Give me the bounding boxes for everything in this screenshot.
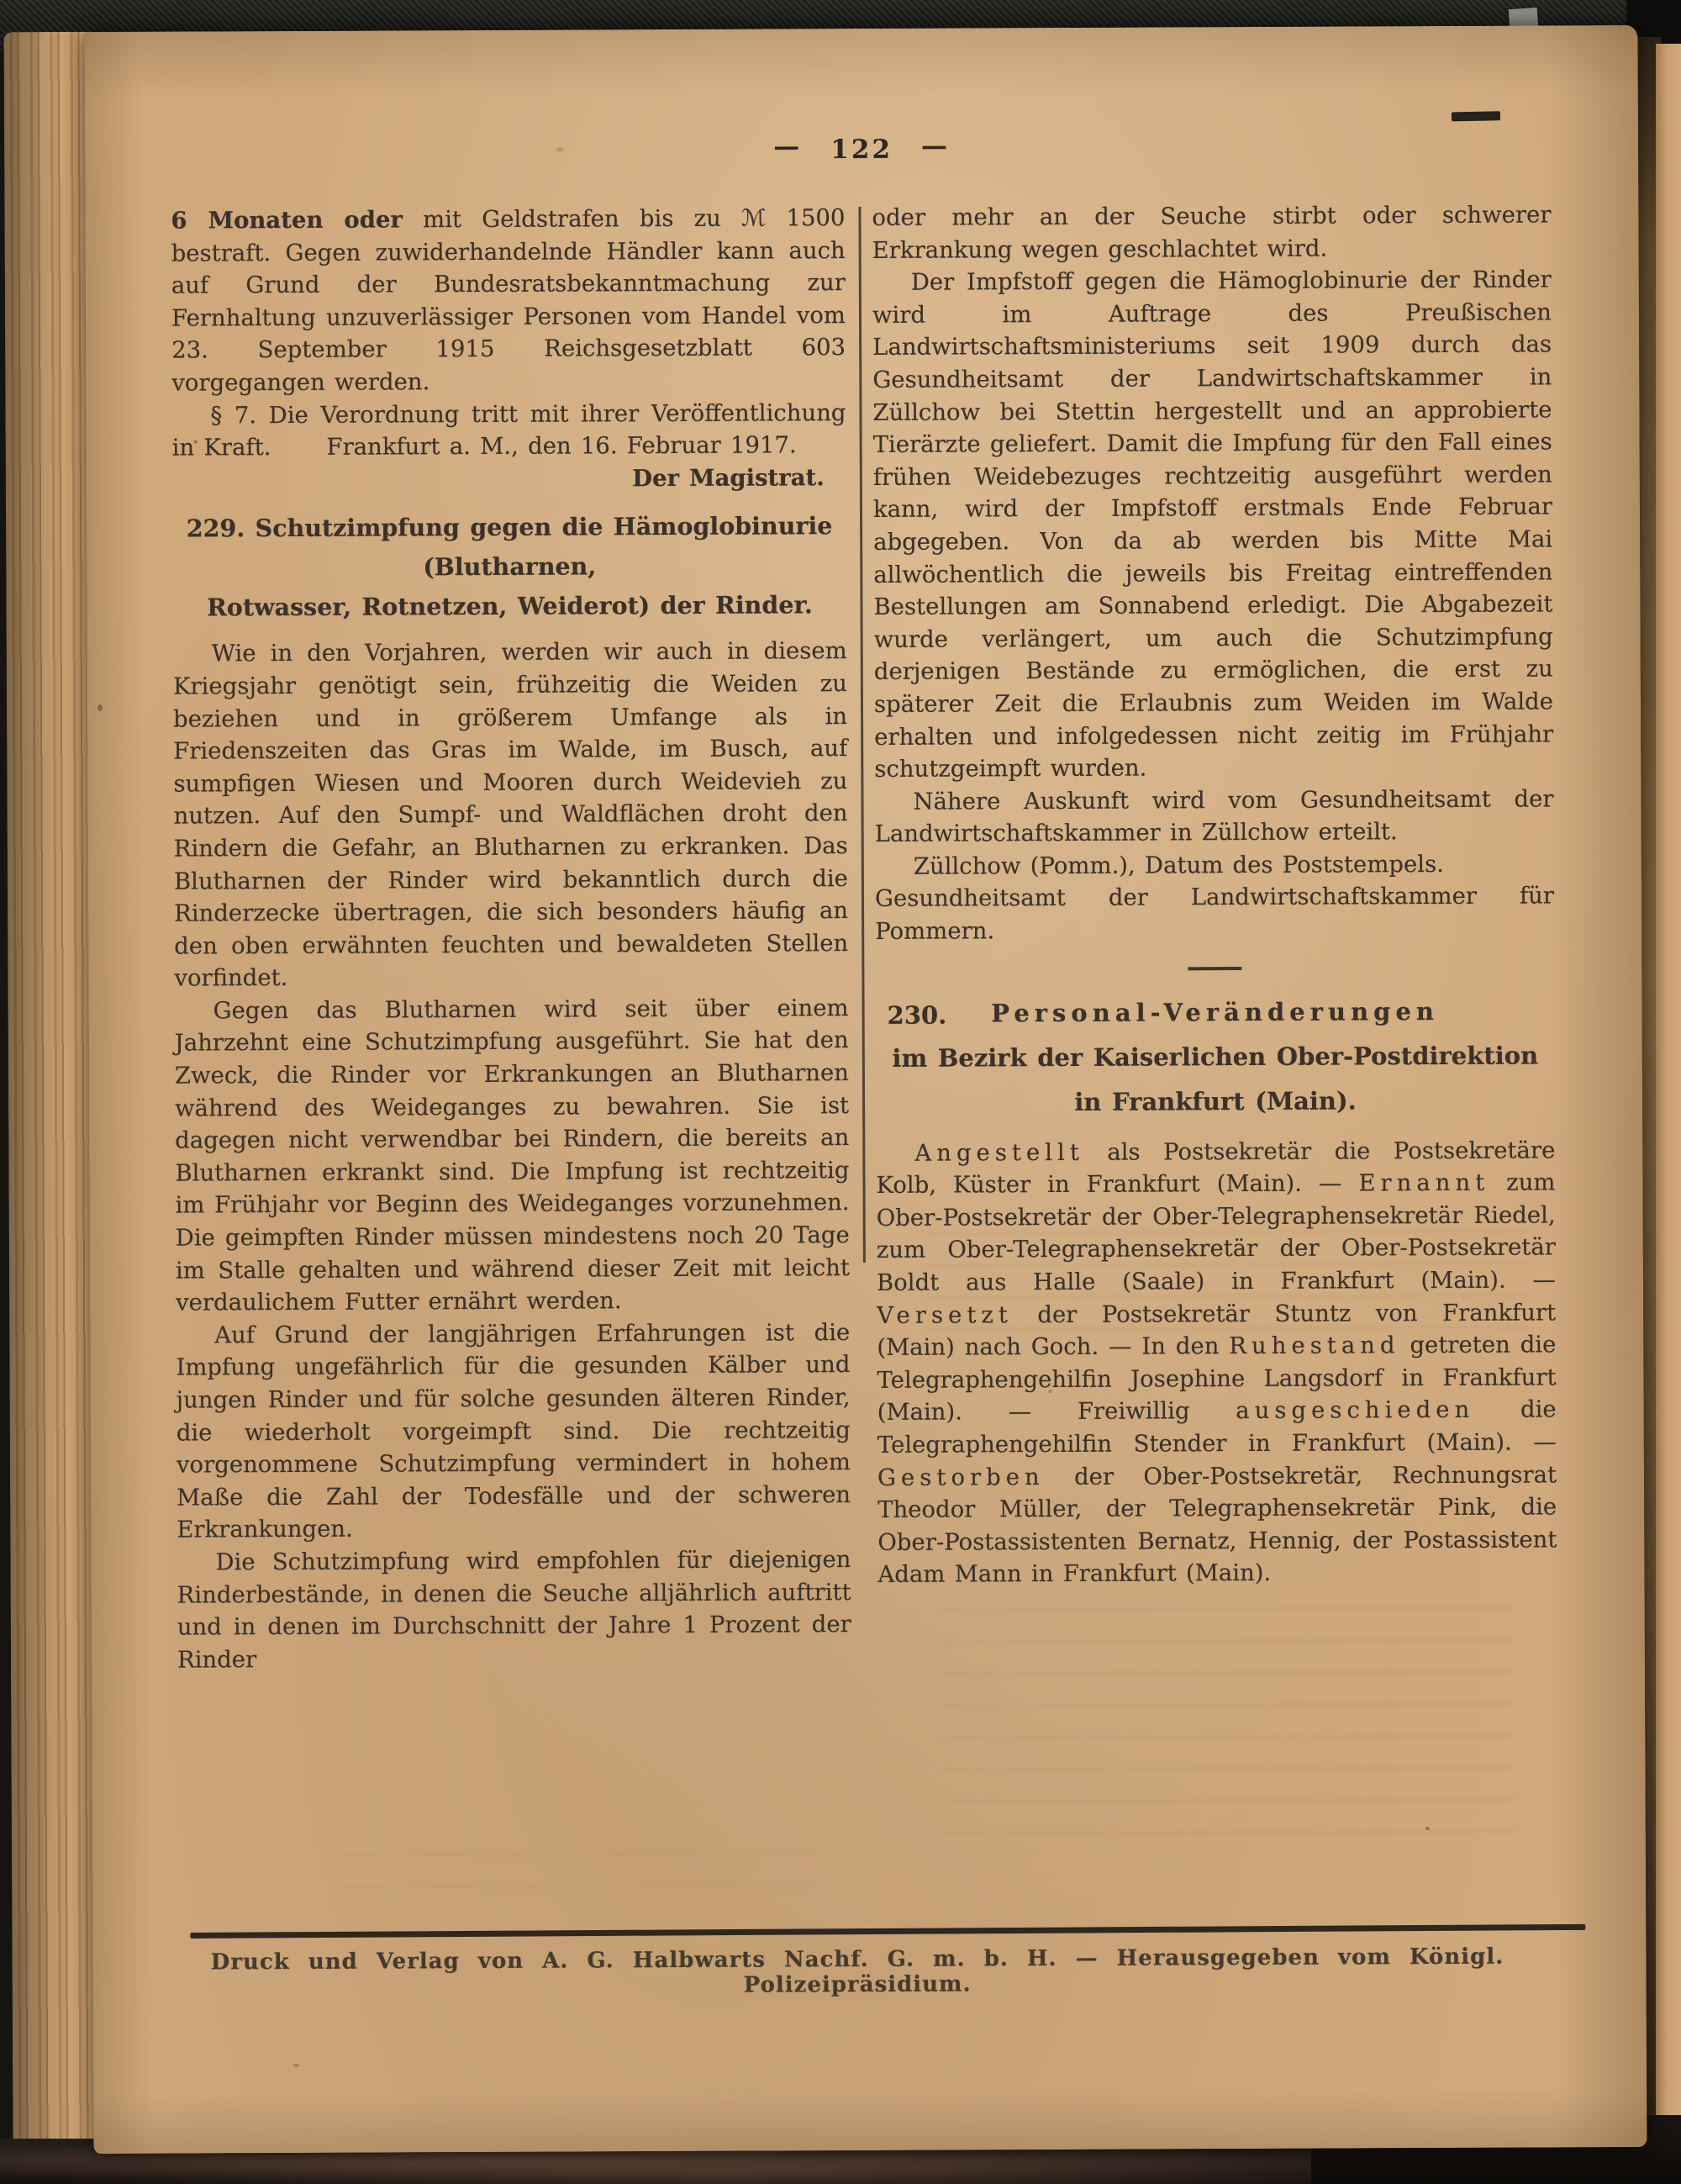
footer-imprint: Druck und Verlag von A. G. Halbwarts Nac… <box>195 1944 1519 2001</box>
heading-line: im Bezirk der Kaiserlichen Ober-Postdire… <box>876 1033 1555 1081</box>
text-segment: Gesundheitsamt der Landwirtschaftskammer… <box>875 883 1554 945</box>
ink-bleedthrough <box>217 1345 839 1438</box>
ink-mark <box>1452 111 1500 121</box>
document-page: —122— 6 Monaten oder mit Geldstrafen bis… <box>85 25 1647 2154</box>
paragraph: Züllchow (Pomm.), Datum des Poststempels… <box>875 847 1554 883</box>
section-number: 230. <box>888 993 947 1037</box>
paper-speck <box>97 704 103 711</box>
paper-speck <box>556 148 564 152</box>
paragraph: Nähere Auskunft wird vom Gesundheitsamt … <box>874 783 1553 851</box>
footer-rule <box>190 1924 1585 1939</box>
heading-line: Personal-Veränderungen <box>875 989 1554 1037</box>
book-scan: { "header": { "left_dash": "—", "page_nu… <box>0 0 1681 2184</box>
page-number-value: 122 <box>830 135 893 165</box>
heading-line: Rotwasser, Rotnetzen, Weiderot) der Rind… <box>172 585 846 627</box>
paragraph: oder mehr an der Seuche stirbt oder schw… <box>872 198 1551 266</box>
text-segment: Druck und Verlag von A. G. Halbwarts Nac… <box>211 1944 1504 1998</box>
heading-line: in Frankfurt (Main). <box>876 1078 1555 1126</box>
section-separator <box>1188 967 1241 970</box>
next-page-edge <box>1656 44 1681 2129</box>
text-segment: Nähere Auskunft wird vom Gesundheitsamt … <box>875 785 1554 847</box>
ink-bleedthrough <box>345 1828 815 1888</box>
paper-speck <box>1049 1390 1052 1393</box>
section-heading: 230.Personal-Veränderungenim Bezirk der … <box>875 989 1555 1126</box>
emphasized-text: Ruhestand <box>1229 1332 1399 1359</box>
paragraph: Wie in den Vorjahren, werden wir auch in… <box>173 635 849 994</box>
paper-speck <box>1425 1827 1430 1830</box>
emphasized-text: Ernannt <box>1358 1169 1489 1197</box>
paragraph: Die Schutzimpfung wird empfohlen für die… <box>177 1543 851 1676</box>
text-segment: 6 Monaten oder <box>171 206 403 234</box>
ink-bleedthrough <box>922 1203 1528 1332</box>
text-segment: Frankfurt a. M., den 16. Februar 1917. <box>326 432 796 461</box>
text-segment: Der Impfstoff gegen die Hämoglobinurie d… <box>872 266 1553 783</box>
page-number-dash-left: — <box>773 131 802 161</box>
paragraph: § 7. Die Verordnung tritt mit ihrer Verö… <box>171 397 846 465</box>
text-segment: Gegen das Blutharnen wird seit über eine… <box>175 994 850 1316</box>
column-right: oder mehr an der Seuche stirbt oder schw… <box>872 198 1557 1591</box>
text-segment: Die Schutzimpfung wird empfohlen für die… <box>177 1546 851 1673</box>
paper-speck <box>194 440 198 443</box>
paragraph: 6 Monaten oder mit Geldstrafen bis zu ℳ … <box>171 202 846 399</box>
column-divider-rule <box>858 207 865 1263</box>
page-number-dash-right: — <box>921 131 950 161</box>
paper-speck <box>293 2064 299 2067</box>
paragraph: Der Impfstoff gegen die Hämoglobinurie d… <box>872 264 1554 786</box>
text-segment: Wie in den Vorjahren, werden wir auch in… <box>173 637 848 991</box>
emphasized-text: ausgeschieden <box>1236 1396 1474 1424</box>
emphasized-text: Gestorben <box>877 1464 1045 1491</box>
column-left: 6 Monaten oder mit Geldstrafen bis zu ℳ … <box>171 202 851 1676</box>
page-number: —122— <box>85 131 1638 168</box>
paragraph: Gegen das Blutharnen wird seit über eine… <box>175 992 851 1319</box>
emphasized-text: Angestellt <box>914 1139 1084 1167</box>
text-segment: oder mehr an der Seuche stirbt oder schw… <box>872 201 1551 263</box>
ink-bleedthrough <box>941 1581 1513 1836</box>
signature-line: Der Magistrat. <box>172 462 846 497</box>
text-segment: Züllchow (Pomm.), Datum des Poststempels… <box>914 851 1444 880</box>
heading-line: 229. Schutzimpfung gegen die Hämoglobinu… <box>172 506 846 588</box>
section-heading: 229. Schutzimpfung gegen die Hämoglobinu… <box>172 506 847 627</box>
paragraph: Gesundheitsamt der Landwirtschaftskammer… <box>875 880 1554 948</box>
